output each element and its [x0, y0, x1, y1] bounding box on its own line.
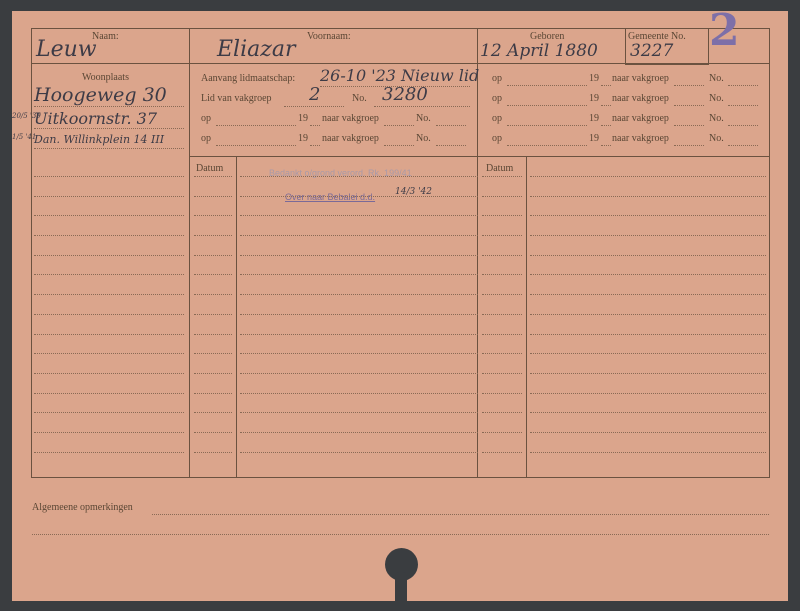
ruled-line: [194, 452, 232, 453]
vakgroep-line: [284, 106, 344, 107]
ruled-line: [194, 255, 232, 256]
transfer-left-2-no: No.: [416, 133, 431, 144]
ruled-line: [194, 393, 232, 394]
ruled-line: [530, 452, 766, 453]
woonplaats-label: Woonplaats: [82, 72, 129, 83]
card-file-slot-stem: [395, 572, 407, 602]
ruled-line: [240, 314, 478, 315]
ruled-line: [194, 412, 232, 413]
transfer-right-1-line: [507, 85, 587, 86]
address-1: Hoogeweg 30: [34, 84, 167, 106]
ruled-line: [240, 432, 478, 433]
ruled-line: [34, 274, 184, 275]
ruled-line: [34, 412, 184, 413]
ruled-line: [34, 373, 184, 374]
ruled-line: [240, 353, 478, 354]
transfer-right-3-nline: [674, 125, 704, 126]
ruled-line: [530, 215, 766, 216]
ruled-line: [530, 196, 766, 197]
voornaam-value: Eliazar: [217, 37, 295, 62]
ruled-line: [240, 215, 478, 216]
transfer-right-3-no: No.: [709, 113, 724, 124]
ledger-separator: [189, 156, 769, 157]
transfer-right-1-noline: [728, 85, 758, 86]
datum-left-label: Datum: [196, 163, 223, 174]
transfer-left-1-naar: naar vakgroep: [322, 113, 379, 124]
transfer-left-1-line: [216, 125, 296, 126]
membership-card: Naam: Leuw Voornaam: Eliazar Geboren 12 …: [12, 11, 788, 601]
ruled-line: [530, 393, 766, 394]
transfer-right-2-year: 19: [589, 93, 599, 104]
transfer-left-2-op: op: [201, 133, 211, 144]
aanvang-value: 26-10 '23 Nieuw lid: [320, 66, 479, 85]
ruled-line: [530, 255, 766, 256]
transfer-right-2-op: op: [492, 93, 502, 104]
ruled-line: [530, 432, 766, 433]
ruled-line: [34, 432, 184, 433]
ruled-line: [34, 393, 184, 394]
transfer-right-4-naar: naar vakgroep: [612, 133, 669, 144]
transfer-left-1-year: 19: [298, 113, 308, 124]
ruled-line: [240, 196, 478, 197]
address-2: Uitkoornstr. 37: [34, 109, 157, 128]
transfer-right-2-noline: [728, 105, 758, 106]
ruled-line: [240, 274, 478, 275]
vakgroep-no-label: No.: [352, 93, 367, 104]
ruled-line: [530, 334, 766, 335]
ruled-line: [240, 412, 478, 413]
ruled-line: [240, 235, 478, 236]
transfer-left-2-nline: [384, 145, 414, 146]
ruled-line: [240, 393, 478, 394]
ruled-line: [194, 373, 232, 374]
gemeente-value: 3227: [630, 41, 673, 61]
ruled-line: [34, 452, 184, 453]
address-line-3: [34, 148, 184, 149]
address-line-1: [34, 106, 184, 107]
ruled-line: [482, 274, 522, 275]
naam-value: Leuw: [36, 37, 97, 62]
transfer-left-2-line: [216, 145, 296, 146]
ruled-line: [482, 412, 522, 413]
remarks-line-1: [152, 514, 769, 515]
transfer-left-1-noline: [436, 125, 466, 126]
ruled-line: [482, 393, 522, 394]
ruled-line: [530, 274, 766, 275]
ruled-line: [482, 353, 522, 354]
ruled-line: [530, 373, 766, 374]
transfer-right-1-naar: naar vakgroep: [612, 73, 669, 84]
transfer-right-4-noline: [728, 145, 758, 146]
ruled-line: [530, 412, 766, 413]
transfer-right-1-op: op: [492, 73, 502, 84]
ruled-line: [240, 176, 478, 177]
transfer-right-4-yline: [601, 145, 611, 146]
ruled-line: [530, 176, 766, 177]
ruled-line: [240, 255, 478, 256]
remarks-label: Algemeene opmerkingen: [32, 502, 133, 513]
transfer-right-4-nline: [674, 145, 704, 146]
transfer-left-2-year: 19: [298, 133, 308, 144]
ruled-line: [34, 255, 184, 256]
divider-naam: [189, 28, 190, 477]
transfer-right-2-line: [507, 105, 587, 106]
ruled-line: [482, 235, 522, 236]
vakgroep-value: 2: [309, 84, 320, 105]
ruled-line: [530, 353, 766, 354]
ruled-line: [482, 373, 522, 374]
address-3-date: 1/5 '41: [12, 133, 36, 141]
ruled-line: [482, 255, 522, 256]
transfer-right-2-nline: [674, 105, 704, 106]
ruled-line: [530, 314, 766, 315]
ruled-line: [482, 334, 522, 335]
stamp-number: 2: [709, 5, 740, 56]
transfer-right-4-line: [507, 145, 587, 146]
ruled-line: [34, 353, 184, 354]
voornaam-label: Voornaam:: [307, 31, 351, 42]
ruled-line: [194, 235, 232, 236]
ruled-line: [194, 274, 232, 275]
ruled-line: [34, 334, 184, 335]
ruled-line: [34, 215, 184, 216]
ruled-line: [194, 353, 232, 354]
transfer-left-1-op: op: [201, 113, 211, 124]
transfer-right-3-yline: [601, 125, 611, 126]
ruled-line: [240, 452, 478, 453]
transfer-left-1-no: No.: [416, 113, 431, 124]
address-line-2: [34, 128, 184, 129]
transfer-right-1-year: 19: [589, 73, 599, 84]
address-3: Dan. Willinkplein 14 III: [34, 133, 164, 146]
ruled-line: [482, 452, 522, 453]
transfer-right-2-naar: naar vakgroep: [612, 93, 669, 104]
ruled-line: [482, 432, 522, 433]
ledger-left-datum-divider: [236, 156, 237, 477]
ruled-line: [194, 294, 232, 295]
transfer-right-1-yline: [601, 85, 611, 86]
transfer-left-1-yline: [310, 125, 320, 126]
ruled-line: [482, 314, 522, 315]
transfer-left-2-yline: [310, 145, 320, 146]
ruled-line: [482, 294, 522, 295]
ruled-line: [194, 215, 232, 216]
transfer-left-1-nline: [384, 125, 414, 126]
ruled-line: [482, 176, 522, 177]
ruled-line: [530, 235, 766, 236]
datum-right-label: Datum: [486, 163, 513, 174]
vakgroep-no-line: [374, 106, 470, 107]
ruled-line: [240, 294, 478, 295]
ruled-line: [34, 235, 184, 236]
geboren-value: 12 April 1880: [480, 41, 598, 61]
transfer-right-3-naar: naar vakgroep: [612, 113, 669, 124]
ruled-line: [34, 314, 184, 315]
ruled-line: [482, 215, 522, 216]
transfer-right-4-year: 19: [589, 133, 599, 144]
transfer-right-3-year: 19: [589, 113, 599, 124]
ruled-line: [194, 314, 232, 315]
ruled-line: [530, 294, 766, 295]
ruled-line: [194, 334, 232, 335]
transfer-right-3-op: op: [492, 113, 502, 124]
ruled-line: [240, 373, 478, 374]
remarks-line-2: [32, 534, 769, 535]
transfer-right-4-op: op: [492, 133, 502, 144]
ruled-line: [482, 196, 522, 197]
scan-background: [0, 601, 800, 611]
vakgroep-no-value: 3280: [382, 84, 428, 105]
transfer-right-2-no: No.: [709, 93, 724, 104]
transfer-left-2-noline: [436, 145, 466, 146]
transfer-right-1-no: No.: [709, 73, 724, 84]
ruled-line: [194, 196, 232, 197]
transfer-right-2-yline: [601, 105, 611, 106]
transfer-right-3-line: [507, 125, 587, 126]
transfer-left-2-naar: naar vakgroep: [322, 133, 379, 144]
ruled-line: [34, 196, 184, 197]
transfer-right-4-no: No.: [709, 133, 724, 144]
transfer-right-1-nline: [674, 85, 704, 86]
ruled-line: [240, 334, 478, 335]
ledger-right-datum-divider: [526, 156, 527, 477]
divider-voornaam: [477, 28, 478, 477]
vakgroep-label: Lid van vakgroep: [201, 93, 272, 104]
ruled-line: [34, 176, 184, 177]
ruled-line: [194, 176, 232, 177]
ruled-line: [34, 294, 184, 295]
stamp-over-naar: Over naar Bebalei d.d.: [285, 192, 375, 202]
transfer-right-3-noline: [728, 125, 758, 126]
ruled-line: [194, 432, 232, 433]
aanvang-label: Aanvang lidmaatschap:: [201, 73, 295, 84]
